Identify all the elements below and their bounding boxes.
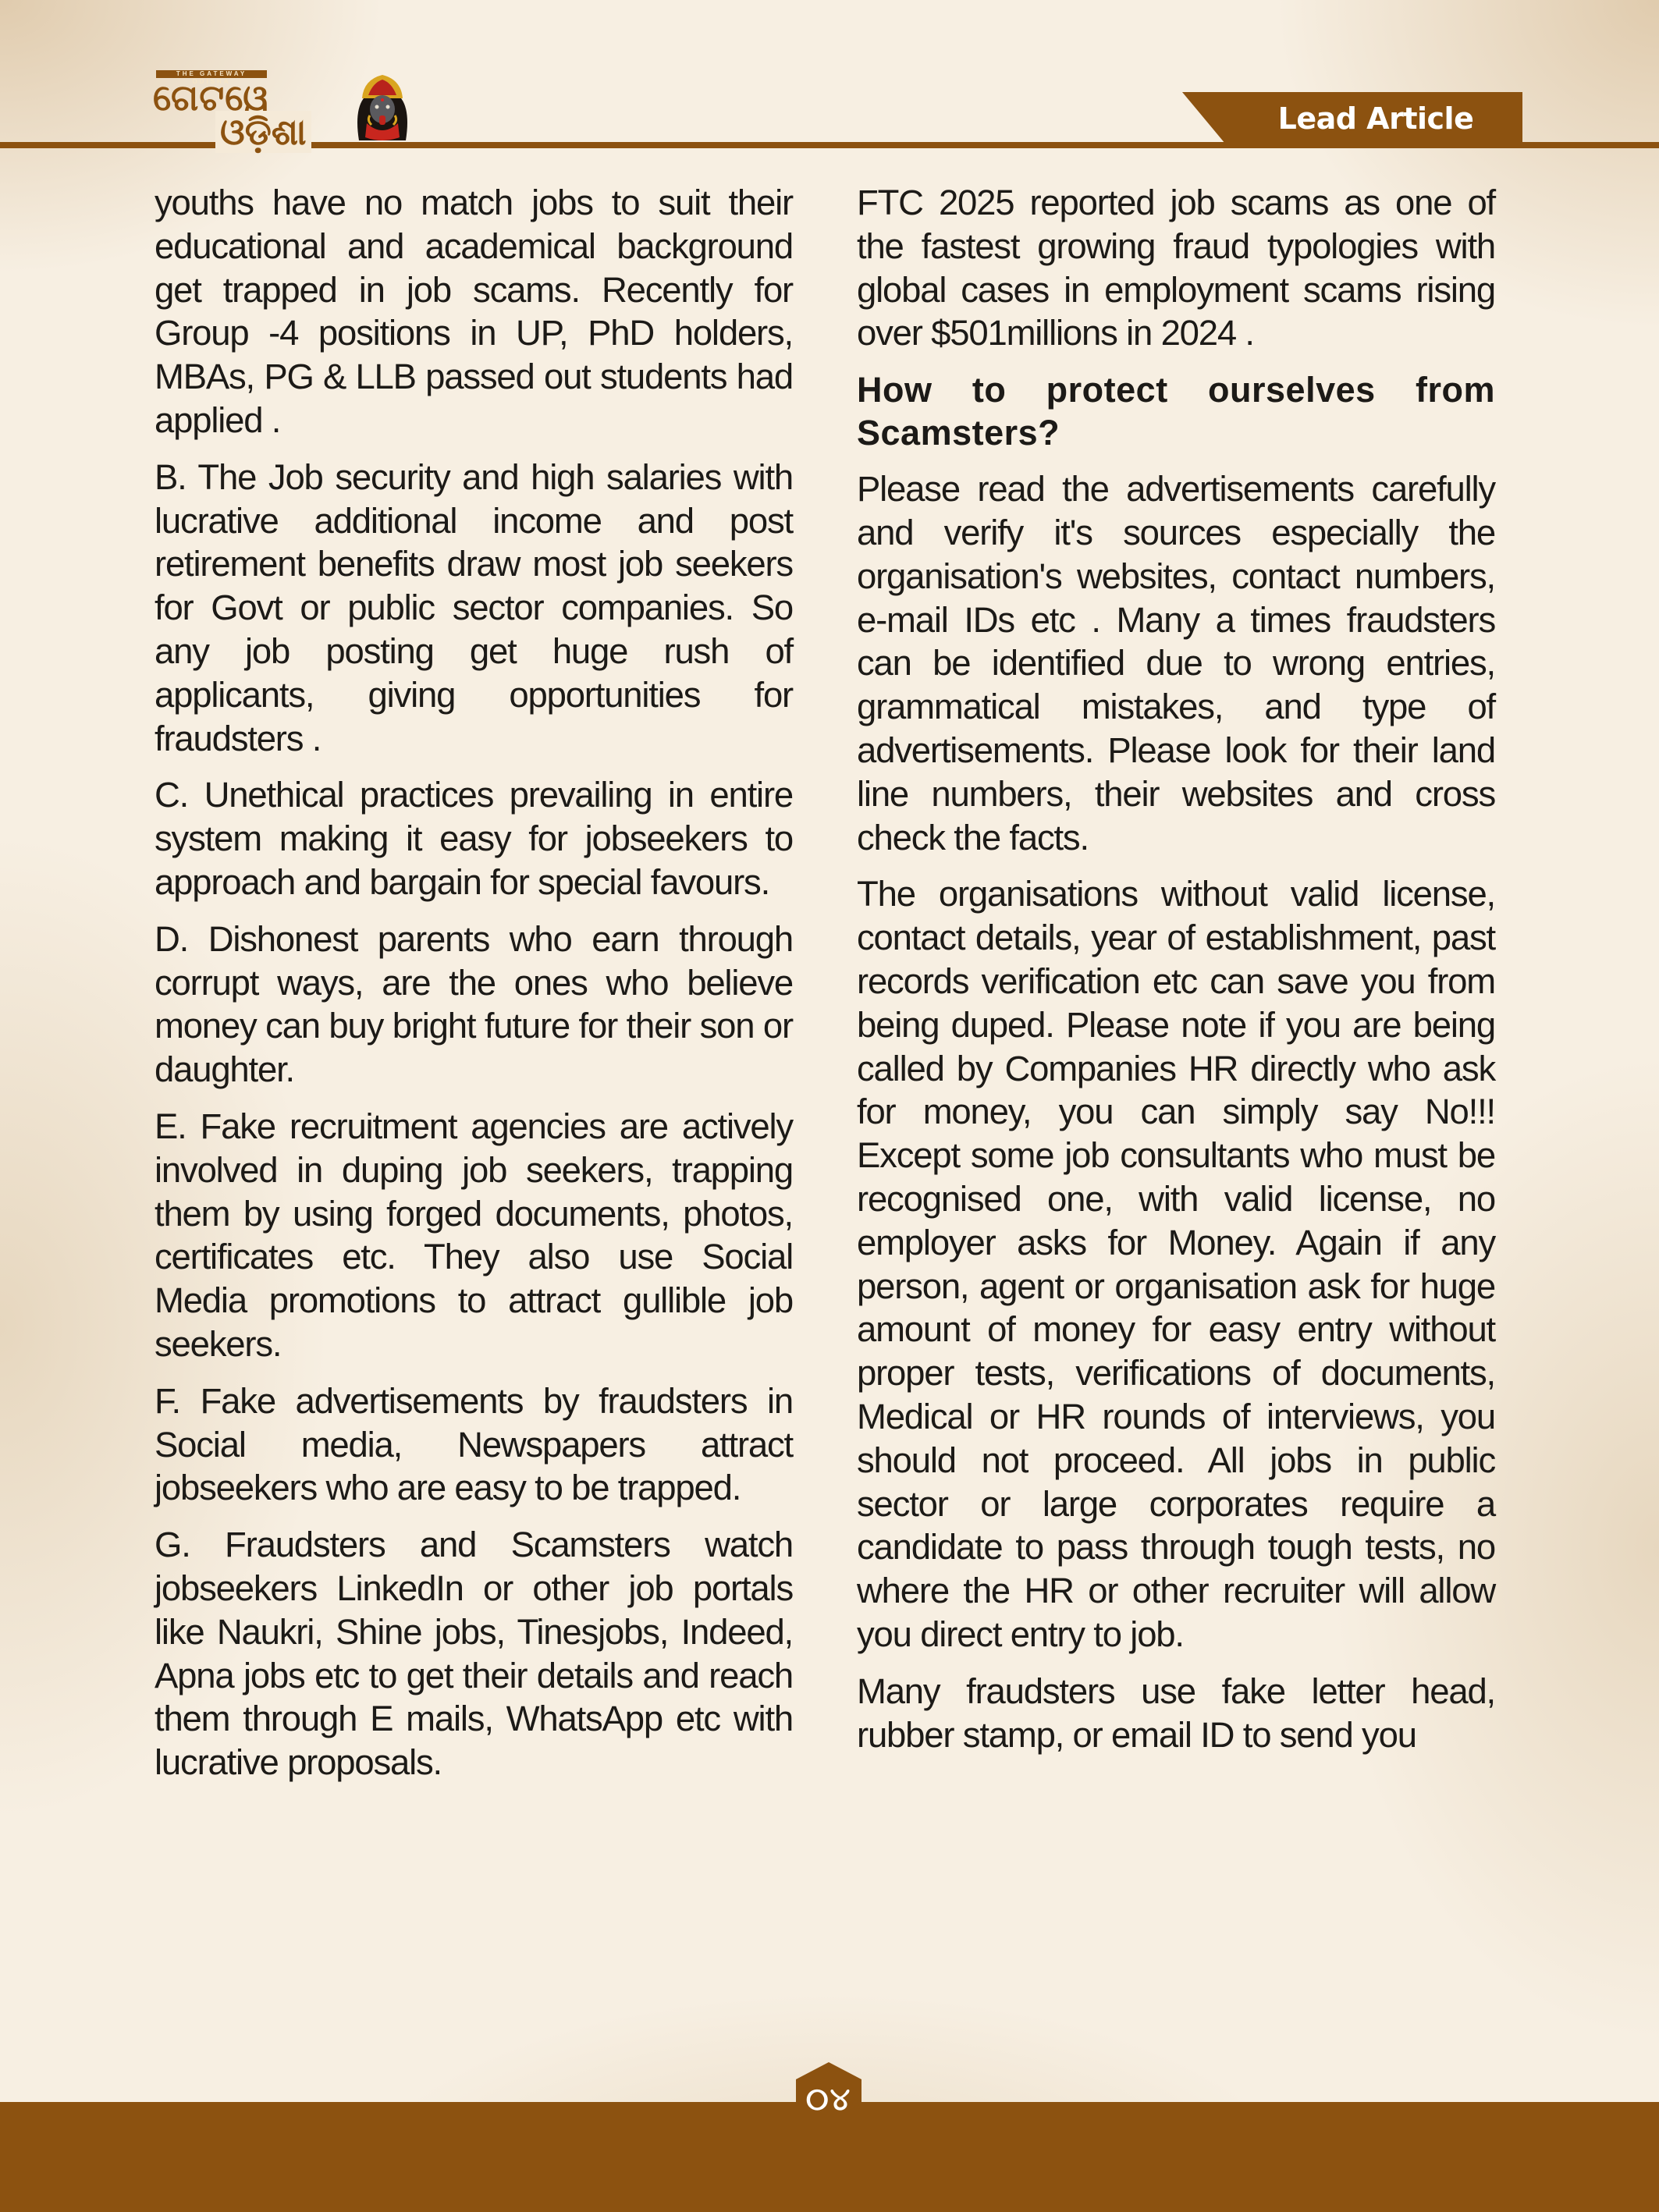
- logo-title-line2: ଓଡ଼ିଶା: [215, 111, 311, 153]
- article-column-right: FTC 2025 reported job scams as one of th…: [857, 181, 1495, 1770]
- paragraph: Many fraudsters use fake letter head, ru…: [857, 1670, 1495, 1757]
- paragraph: G. Fraudsters and Scamsters watch jobsee…: [155, 1523, 793, 1784]
- paragraph: D. Dishonest parents who earn through co…: [155, 918, 793, 1092]
- paragraph: C. Unethical practices prevailing in ent…: [155, 773, 793, 904]
- paragraph: F. Fake advertisements by fraudsters in …: [155, 1379, 793, 1510]
- footer-band: [0, 2102, 1659, 2212]
- paragraph: youths have no match jobs to suit their …: [155, 181, 793, 442]
- paragraph: The organisations without valid license,…: [857, 872, 1495, 1656]
- paragraph: B. The Job security and high salaries wi…: [155, 456, 793, 761]
- section-tab: Lead Article: [1182, 92, 1522, 148]
- section-label: Lead Article: [1229, 101, 1522, 136]
- paragraph: FTC 2025 reported job scams as one of th…: [857, 181, 1495, 355]
- deity-emblem-icon: [353, 72, 412, 144]
- paragraph: E. Fake recruitment agencies are activel…: [155, 1105, 793, 1366]
- paragraph: Please read the advertisements carefully…: [857, 467, 1495, 859]
- section-heading: How to protect ourselves from Scamsters?: [857, 368, 1495, 454]
- article-column-left: youths have no match jobs to suit their …: [155, 181, 793, 1798]
- page-number: ୦୪: [796, 2082, 861, 2118]
